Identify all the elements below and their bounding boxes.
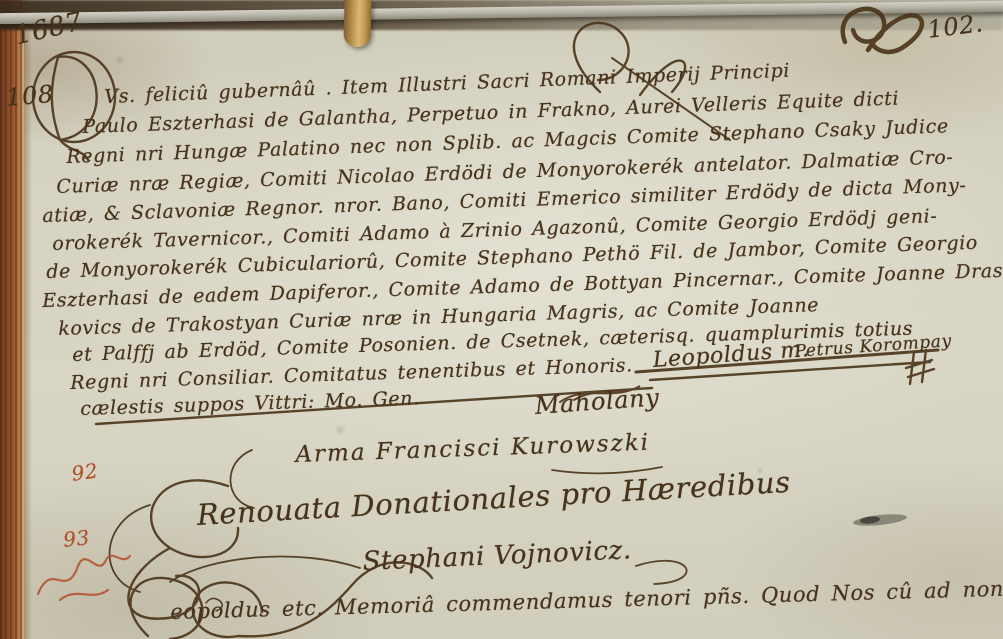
folio-number: 102. [926,9,985,44]
red-scribble [38,556,130,600]
initial-r-flourish [110,505,150,592]
margin-number-red: 92 [70,458,100,485]
manuscript-page: 1687. 102. 108 Vs. feliciû gubernâû . It… [0,0,1003,639]
initial-l-flourish [170,557,360,582]
heading-renovata: Renouata Donationales pro Hæredibus [196,465,791,532]
opening-line: eopoldus etc. Memoriâ commendamus tenori… [170,576,1003,623]
entry-number: 108 [5,80,55,112]
margin-number-red: 93 [62,525,91,552]
body-line: cælestis suppos Vittri: Mo. Gen. [80,387,420,420]
tan-stick [343,0,371,47]
cancellation-mark [906,350,934,384]
struck-signature: Maholany [534,383,660,420]
ink-smudge [853,512,908,528]
heading-stephani: Stephani Vojnovicz. [362,535,632,577]
heading-arma: Arma Francisci Kurowszki [295,430,650,468]
swash-flourish [636,561,687,584]
